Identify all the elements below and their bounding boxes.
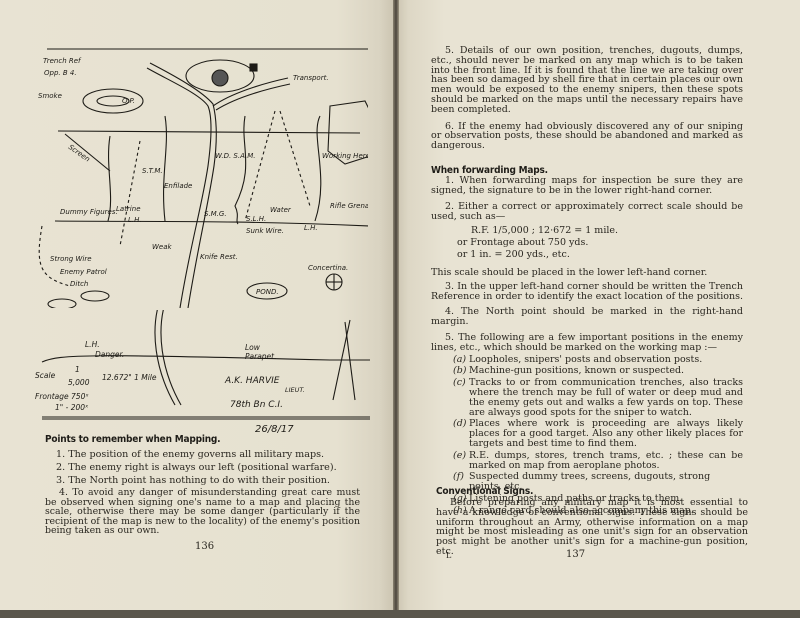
label-lh-2: L.H.	[304, 224, 318, 232]
label-lh-danger-1: L.H.	[85, 340, 100, 349]
forwarding-p1: 1. When forwarding maps for inspection b…	[431, 176, 743, 196]
label-scale-den: 5,000	[68, 378, 90, 387]
label-scale-num: 1	[75, 365, 80, 374]
label-pond: POND.	[256, 288, 279, 296]
item-label: (c)	[453, 378, 469, 417]
conventional-body-wrap: Before preparing any military map it is …	[436, 498, 748, 557]
point-1: 1. The position of the enemy governs all…	[45, 449, 360, 460]
right-page-body: 5. Details of our own position, trenches…	[431, 46, 743, 515]
list-item: (c)Tracks to or from communication trenc…	[453, 378, 743, 417]
list-item: (a)Loopholes, snipers' posts and observa…	[453, 355, 743, 365]
scale-examples: R.F. 1/5,000 ; 12·672 = 1 mile. or Front…	[431, 225, 743, 261]
label-concertina: Concertina.	[308, 264, 348, 272]
label-knife-rest: Knife Rest.	[200, 253, 238, 261]
label-water: Water	[270, 206, 292, 214]
para-5: 5. Details of our own position, trenches…	[431, 46, 743, 115]
label-parapet: Parapet.	[245, 352, 277, 361]
label-transport: Transport.	[293, 74, 329, 82]
list-item: (e)R.E. dumps, stores, trench trams, etc…	[453, 451, 743, 471]
label-stm: S.T.M.	[142, 167, 163, 175]
label-rifle-grenades: Rifle Grenades	[330, 202, 368, 210]
forwarding-p3: 3. In the upper left-hand corner should …	[431, 282, 743, 302]
item-text: Loopholes, snipers' posts and observatio…	[469, 355, 702, 365]
label-dummy-figures: Dummy Figures.	[60, 208, 118, 216]
map-date: 26/8/17	[255, 424, 294, 435]
map-unit: 78th Bn C.I.	[230, 400, 283, 410]
page-number-right: 137	[566, 549, 585, 560]
label-strong-wire: Strong Wire	[50, 255, 92, 263]
list-item: (d)Places where work is proceeding are a…	[453, 419, 743, 448]
label-op: O.P.	[122, 97, 135, 105]
label-frontage: Frontage 750ˣ	[35, 392, 89, 401]
map-drawing: Trench Ref Opp. B 4. Transport. Smoke O.…	[30, 46, 368, 308]
forwarding-p2: 2. Either a correct or approximately cor…	[431, 202, 743, 222]
item-label: (b)	[453, 366, 469, 376]
label-latrine: Latrine	[116, 205, 141, 213]
label-lh-danger-2: Danger.	[95, 350, 124, 359]
map-footer: L.H. Danger. Low Parapet. Scale 1 5,000 …	[30, 310, 370, 420]
label-working-here: Working Here.	[322, 152, 368, 160]
point-3: 3. The North point has nothing to do wit…	[45, 475, 360, 486]
point-4: 4. To avoid any danger of misunderstandi…	[45, 488, 360, 536]
item-label: (d)	[453, 419, 469, 448]
book-gutter	[393, 0, 399, 618]
item-label: (a)	[453, 355, 469, 365]
label-ditch: Ditch	[70, 280, 88, 288]
scale-example-1: R.F. 1/5,000 ; 12·672 = 1 mile.	[457, 225, 743, 237]
label-slh: S.L.H.	[246, 215, 266, 223]
point-2: 2. The enemy right is always our left (p…	[45, 462, 360, 473]
conventional-body: Before preparing any military map it is …	[436, 498, 748, 557]
label-inch: 1" - 200ˣ	[55, 403, 89, 412]
map-rank: LIEUT.	[285, 386, 305, 394]
map-footer-drawing: L.H. Danger. Low Parapet. Scale 1 5,000 …	[30, 310, 370, 420]
right-page: 5. Details of our own position, trenches…	[396, 0, 800, 612]
mapping-points: 1. The position of the enemy governs all…	[45, 449, 360, 536]
label-scale-mile: 12.672" 1 Mile	[102, 373, 157, 382]
label-low: Low	[245, 343, 261, 352]
label-lh-1: L.H.	[128, 216, 142, 224]
scale-note: This scale should be placed in the lower…	[431, 268, 743, 278]
item-text: Places where work is proceeding are alwa…	[469, 419, 743, 448]
list-item: (b)Machine-gun positions, known or suspe…	[453, 366, 743, 376]
map-title-1: Trench Ref	[43, 57, 82, 65]
section-title-mapping: Points to remember when Mapping.	[45, 434, 220, 445]
item-label: (e)	[453, 451, 469, 471]
signature-mark: L	[446, 551, 451, 560]
label-smoke: Smoke	[38, 92, 62, 100]
label-weak: Weak	[152, 243, 173, 251]
map-signature: A.K. HARVIE	[224, 376, 280, 386]
label-smg: S.M.G.	[204, 210, 227, 218]
scale-example-3: or 1 in. = 200 yds., etc.	[457, 249, 743, 261]
section-title-conventional: Conventional Signs.	[436, 486, 533, 497]
left-page: Trench Ref Opp. B 4. Transport. Smoke O.…	[0, 0, 396, 612]
item-text: Tracks to or from communication trenches…	[469, 378, 743, 417]
label-enemy-patrol: Enemy Patrol	[60, 268, 107, 276]
map-title-2: Opp. B 4.	[44, 69, 77, 77]
book-bottom-edge	[0, 610, 800, 618]
label-wd-sam: W.D. S.A.M.	[215, 152, 256, 160]
forwarding-p4: 4. The North point should be marked in t…	[431, 307, 743, 327]
label-enfilade: Enfilade	[164, 182, 192, 190]
item-text: R.E. dumps, stores, trench trams, etc. ;…	[469, 451, 743, 471]
label-sunk-wire: Sunk Wire.	[246, 227, 284, 235]
page-number-left: 136	[195, 541, 214, 552]
para-6: 6. If the enemy had obviously discovered…	[431, 122, 743, 151]
trench-map-sketch: Trench Ref Opp. B 4. Transport. Smoke O.…	[30, 46, 368, 308]
scale-example-2: or Frontage about 750 yds.	[457, 237, 743, 249]
item-text: Machine-gun positions, known or suspecte…	[469, 366, 684, 376]
forwarding-p5: 5. The following are a few important pos…	[431, 333, 743, 353]
label-scale: Scale	[35, 371, 56, 380]
